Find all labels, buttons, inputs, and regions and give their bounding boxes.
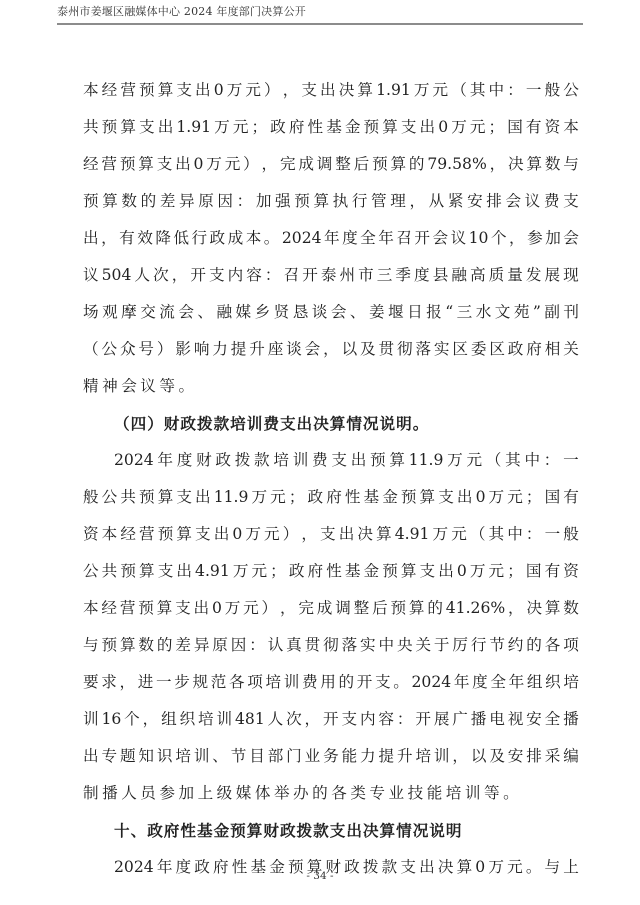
text-line: （公众号）影响力提升座谈会，以及贯彻落实区委区政府相关 xyxy=(83,331,579,368)
text-line: 资本经营预算支出0万元），支出决算4.91万元（其中：一般 xyxy=(83,516,579,553)
text-line: 与预算数的差异原因：认真贯彻落实中央关于厉行节约的各项 xyxy=(83,627,579,664)
text-line: 本经营预算支出0万元），完成调整后预算的41.26%，决算数 xyxy=(83,590,579,627)
text-line: 公共预算支出4.91万元；政府性基金预算支出0万元；国有资 xyxy=(83,553,579,590)
paragraph-training-fee: 2024年度财政拨款培训费支出预算11.9万元（其中：一 般公共预算支出11.9… xyxy=(83,442,579,812)
text-line: 预算数的差异原因：加强预算执行管理，从紧安排会议费支 xyxy=(83,183,579,220)
paragraph-meeting-fee: 本经营预算支出0万元），支出决算1.91万元（其中：一般公 共预算支出1.91万… xyxy=(83,72,579,405)
text-line: 出，有效降低行政成本。2024年度全年召开会议10个，参加会 xyxy=(83,220,579,257)
text-line: 精神会议等。 xyxy=(83,368,579,405)
text-line: 要求，进一步规范各项培训费用的开支。2024年度全年组织培 xyxy=(83,664,579,701)
text-line: 般公共预算支出11.9万元；政府性基金预算支出0万元；国有 xyxy=(83,479,579,516)
text-line: 制播人员参加上级媒体举办的各类专业技能培训等。 xyxy=(83,775,579,812)
text-line: 场观摩交流会、融媒乡贤恳谈会、姜堰日报“三水文苑”副刊 xyxy=(83,294,579,331)
text-line: 共预算支出1.91万元；政府性基金预算支出0万元；国有资本 xyxy=(83,109,579,146)
header-title: 泰州市姜堰区融媒体中心 2024 年度部门决算公开 xyxy=(57,5,306,18)
running-header: 泰州市姜堰区融媒体中心 2024 年度部门决算公开 xyxy=(57,5,583,25)
text-line: 2024年度财政拨款培训费支出预算11.9万元（其中：一 xyxy=(83,442,579,479)
text-line: 本经营预算支出0万元），支出决算1.91万元（其中：一般公 xyxy=(83,72,579,109)
document-body: 本经营预算支出0万元），支出决算1.91万元（其中：一般公 共预算支出1.91万… xyxy=(83,72,579,886)
text-line: 训16个，组织培训481人次，开支内容：开展广播电视安全播 xyxy=(83,701,579,738)
text-line: 经营预算支出0万元），完成调整后预算的79.58%，决算数与 xyxy=(83,146,579,183)
text-line: 出专题知识培训、节目部门业务能力提升培训，以及安排采编 xyxy=(83,738,579,775)
page-number: - 34 - xyxy=(0,870,640,882)
text-line: 议504人次，开支内容：召开泰州市三季度县融高质量发展现 xyxy=(83,257,579,294)
section-heading-training-fee: （四）财政拨款培训费支出决算情况说明。 xyxy=(83,405,579,442)
section-heading-gov-fund: 十、政府性基金预算财政拨款支出决算情况说明 xyxy=(83,812,579,849)
